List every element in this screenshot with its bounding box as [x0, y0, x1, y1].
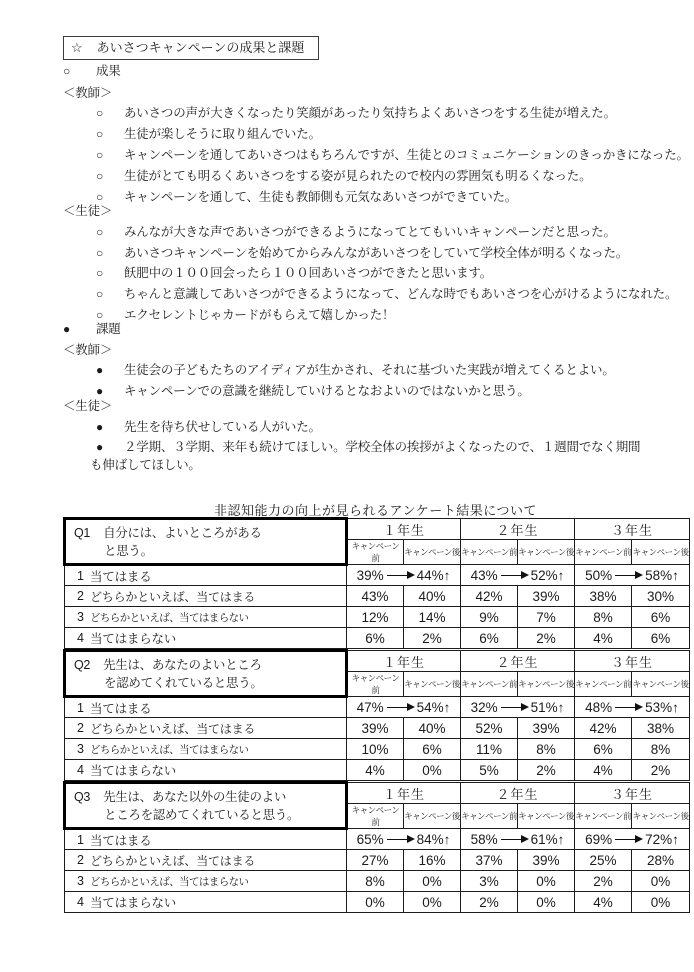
filled-circle-icon: ● — [96, 361, 124, 379]
value-cell: 39% — [518, 850, 575, 871]
right-arrow-icon — [615, 703, 643, 711]
value-cell: 4% — [575, 628, 632, 649]
bullet-text: 先生を待ち伏せしている人がいた。 — [124, 418, 321, 436]
bullet-item: ○ 飫肥中の１００回会ったら１００回あいさつができたと思います。 — [96, 264, 492, 282]
value-pair-cell: 32%51%↑ — [461, 697, 575, 718]
right-arrow-icon — [387, 703, 415, 711]
value-pair-cell: 69%72%↑ — [575, 829, 690, 850]
survey-table-q1: Q1自分には、よいところがある と思う。 １年生 ２年生 ３年生 キャンペーン前… — [63, 517, 690, 649]
question-text-line2: ところを認めてくれていると思う。 — [74, 806, 341, 824]
post-header-cell: キャンペーン後 — [632, 804, 690, 829]
value-cell: 0% — [404, 892, 461, 913]
value-cell: 2% — [404, 628, 461, 649]
section-heading-label: 成果 — [96, 62, 121, 80]
answer-label-cell: 1当てはまる — [65, 829, 347, 850]
bullet-text: みんなが大きな声であいさつができるようになってとてもいいキャンペーンだと思った。 — [124, 223, 616, 241]
pre-header-cell: キャンペーン前 — [347, 540, 404, 565]
answer-label-cell: 3どちらかといえば、当てはまらない — [65, 871, 347, 892]
open-circle-icon: ○ — [96, 104, 124, 122]
open-circle-icon: ○ — [96, 146, 124, 164]
open-circle-icon: ○ — [96, 125, 124, 143]
grade-header-cell: ３年生 — [575, 519, 690, 540]
bullet-text: 生徒がとても明るくあいさつをする姿が見られたので校内の雰囲気も明るくなった。 — [124, 167, 591, 185]
bullet-item: ○ 生徒がとても明るくあいさつをする姿が見られたので校内の雰囲気も明るくなった。 — [96, 167, 591, 185]
post-header-cell: キャンペーン後 — [518, 804, 575, 829]
bullet-item: ○ エクセレントじゃカードがもらえて嬉しかった！ — [96, 306, 394, 324]
value-cell: 0% — [632, 871, 690, 892]
post-header-cell: キャンペーン後 — [404, 540, 461, 565]
bullet-text: あいさつキャンペーンを始めてからみんながあいさつをしていて学校全体が明るくなった… — [124, 244, 628, 262]
question-id: Q3 — [74, 788, 90, 806]
value-cell: 8% — [518, 739, 575, 760]
open-circle-icon: ○ — [63, 62, 96, 80]
value-cell: 8% — [632, 739, 690, 760]
value-cell: 6% — [347, 628, 404, 649]
pre-header-cell: キャンペーン前 — [575, 672, 632, 697]
value-cell: 2% — [518, 628, 575, 649]
value-cell: 4% — [575, 760, 632, 781]
value-cell: 14% — [404, 607, 461, 628]
grade-header-cell: ３年生 — [575, 651, 690, 672]
open-circle-icon: ○ — [96, 264, 124, 282]
value-cell: 2% — [518, 760, 575, 781]
value-cell: 5% — [461, 760, 518, 781]
value-cell: 27% — [347, 850, 404, 871]
value-cell: 28% — [632, 850, 690, 871]
value-cell: 6% — [404, 739, 461, 760]
right-arrow-icon — [501, 835, 529, 843]
value-cell: 16% — [404, 850, 461, 871]
pre-value: 39% — [357, 568, 384, 583]
page-title: あいさつキャンペーンの成果と課題 — [97, 40, 305, 56]
value-cell: 4% — [575, 892, 632, 913]
post-value: 58%↑ — [645, 568, 679, 583]
value-cell: 39% — [518, 718, 575, 739]
question-cell: Q1自分には、よいところがある と思う。 — [65, 519, 347, 565]
value-cell: 52% — [461, 718, 518, 739]
post-value: 51%↑ — [531, 700, 565, 715]
survey-table-q3: Q3先生は、あなた以外の生徒のよい ところを認めてくれていると思う。 １年生 ２… — [63, 781, 690, 913]
right-arrow-icon — [501, 703, 529, 711]
value-cell: 37% — [461, 850, 518, 871]
bullet-text: キャンペーンでの意識を継続していけるとなおよいのではないかと思う。 — [124, 382, 530, 400]
value-cell: 3% — [461, 871, 518, 892]
value-pair-cell: 47%54%↑ — [347, 697, 461, 718]
star-icon: ☆ — [71, 40, 83, 56]
value-cell: 0% — [518, 871, 575, 892]
pre-value: 48% — [585, 700, 612, 715]
value-pair-cell: 43%52%↑ — [461, 565, 575, 586]
pre-value: 47% — [357, 700, 384, 715]
value-cell: 2% — [461, 892, 518, 913]
grade-header-cell: ３年生 — [575, 783, 690, 804]
value-cell: 42% — [575, 718, 632, 739]
value-cell: 39% — [518, 586, 575, 607]
value-cell: 38% — [575, 586, 632, 607]
post-header-cell: キャンペーン後 — [632, 672, 690, 697]
value-cell: 6% — [575, 739, 632, 760]
value-cell: 40% — [404, 718, 461, 739]
survey-table-q2: Q2先生は、あなたのよいところ を認めてくれていると思う。 １年生 ２年生 ３年… — [63, 649, 690, 781]
pre-header-cell: キャンペーン前 — [461, 672, 518, 697]
answer-label-cell: 3どちらかといえば、当てはまらない — [65, 607, 347, 628]
value-cell: 12% — [347, 607, 404, 628]
bullet-item: ● キャンペーンでの意識を継続していけるとなおよいのではないかと思う。 — [96, 382, 530, 400]
question-text-line2: を認めてくれていると思う。 — [74, 674, 341, 692]
section-heading-label: 課題 — [96, 320, 121, 338]
value-cell: 6% — [461, 628, 518, 649]
pre-value: 43% — [471, 568, 498, 583]
page-title-box: ☆ あいさつキャンペーンの成果と課題 — [63, 36, 319, 60]
answer-label-cell: 1当てはまる — [65, 697, 347, 718]
pre-header-cell: キャンペーン前 — [347, 804, 404, 829]
section-heading-seika: ○ 成果 — [63, 62, 121, 80]
grade-header-cell: ２年生 — [461, 651, 575, 672]
bullet-text: ２学期、３学期、来年も続けてほしい。学校全体の挨拶がよくなったので、１週間でなく… — [124, 438, 640, 456]
filled-circle-icon: ● — [96, 418, 124, 436]
grade-header-cell: １年生 — [347, 651, 461, 672]
value-cell: 0% — [404, 871, 461, 892]
group-label-teacher: ＜教師＞ — [63, 84, 112, 102]
pre-value: 32% — [471, 700, 498, 715]
bullet-text: 生徒会の子どもたちのアイディアが生かされ、それに基づいた実践が増えてくるとよい。 — [124, 361, 615, 379]
post-header-cell: キャンペーン後 — [404, 804, 461, 829]
value-pair-cell: 48%53%↑ — [575, 697, 690, 718]
pre-header-cell: キャンペーン前 — [347, 672, 404, 697]
survey-tables: Q1自分には、よいところがある と思う。 １年生 ２年生 ３年生 キャンペーン前… — [63, 517, 688, 913]
value-cell: 8% — [347, 871, 404, 892]
answer-label-cell: 1当てはまる — [65, 565, 347, 586]
open-circle-icon: ○ — [96, 223, 124, 241]
bullet-item: ○ あいさつキャンペーンを始めてからみんながあいさつをしていて学校全体が明るくな… — [96, 244, 628, 262]
value-cell: 10% — [347, 739, 404, 760]
value-pair-cell: 39%44%↑ — [347, 565, 461, 586]
document-page: ☆ あいさつキャンペーンの成果と課題 ○ 成果 ＜教師＞ ○ あいさつの声が大き… — [0, 0, 694, 972]
section-heading-kadai: ● 課題 — [63, 320, 121, 338]
question-cell: Q3先生は、あなた以外の生徒のよい ところを認めてくれていると思う。 — [65, 783, 347, 829]
answer-label-cell: 4当てはまらない — [65, 760, 347, 781]
value-cell: 0% — [404, 760, 461, 781]
bullet-text: 生徒が楽しそうに取り組んでいた。 — [124, 125, 321, 143]
post-value: 61%↑ — [531, 832, 565, 847]
bullet-item: ○ キャンペーンを通して、生徒も教師側も元気なあいさつができていた。 — [96, 188, 517, 206]
open-circle-icon: ○ — [96, 244, 124, 262]
question-text-line1: 自分には、よいところがある — [103, 524, 262, 542]
value-cell: 43% — [347, 586, 404, 607]
post-value: 72%↑ — [645, 832, 679, 847]
grade-header-cell: １年生 — [347, 519, 461, 540]
value-cell: 25% — [575, 850, 632, 871]
bullet-text: キャンペーンを通してあいさつはもちろんですが、生徒とのコミュニケーションのきっか… — [124, 146, 689, 164]
grade-header-cell: ２年生 — [461, 519, 575, 540]
question-text-line1: 先生は、あなた以外の生徒のよい — [103, 788, 286, 806]
bullet-text: ちゃんと意識してあいさつができるようになって、どんな時でもあいさつを心がけるよう… — [124, 285, 677, 303]
pre-header-cell: キャンペーン前 — [461, 540, 518, 565]
post-value: 52%↑ — [531, 568, 565, 583]
bullet-text: あいさつの声が大きくなったり笑顔があったり気持ちよくあいさつをする生徒が増えた。 — [124, 104, 616, 122]
pre-value: 58% — [471, 832, 498, 847]
value-cell: 4% — [347, 760, 404, 781]
group-label-student: ＜生徒＞ — [63, 397, 112, 415]
answer-label-cell: 2どちらかといえば、当てはまる — [65, 718, 347, 739]
bullet-item: ○ ちゃんと意識してあいさつができるようになって、どんな時でもあいさつを心がける… — [96, 285, 677, 303]
value-pair-cell: 65%84%↑ — [347, 829, 461, 850]
open-circle-icon: ○ — [96, 167, 124, 185]
value-cell: 2% — [632, 760, 690, 781]
post-header-cell: キャンペーン後 — [404, 672, 461, 697]
answer-label-cell: 4当てはまらない — [65, 628, 347, 649]
pre-header-cell: キャンペーン前 — [575, 804, 632, 829]
open-circle-icon: ○ — [96, 285, 124, 303]
value-cell: 6% — [632, 628, 690, 649]
post-value: 54%↑ — [417, 700, 451, 715]
group-label-teacher: ＜教師＞ — [63, 341, 112, 359]
grade-header-cell: １年生 — [347, 783, 461, 804]
pre-value: 65% — [357, 832, 384, 847]
right-arrow-icon — [615, 835, 643, 843]
post-header-cell: キャンペーン後 — [518, 672, 575, 697]
value-cell: 6% — [632, 607, 690, 628]
bullet-item: ● ２学期、３学期、来年も続けてほしい。学校全体の挨拶がよくなったので、１週間で… — [96, 438, 640, 456]
bullet-item: ○ あいさつの声が大きくなったり笑顔があったり気持ちよくあいさつをする生徒が増え… — [96, 104, 616, 122]
pre-header-cell: キャンペーン前 — [575, 540, 632, 565]
value-cell: 2% — [575, 871, 632, 892]
value-cell: 7% — [518, 607, 575, 628]
bullet-item: ○ みんなが大きな声であいさつができるようになってとてもいいキャンペーンだと思っ… — [96, 223, 616, 241]
right-arrow-icon — [501, 571, 529, 579]
value-cell: 8% — [575, 607, 632, 628]
question-text-line2: と思う。 — [74, 542, 341, 560]
bullet-item: ● 先生を待ち伏せしている人がいた。 — [96, 418, 321, 436]
value-pair-cell: 58%61%↑ — [461, 829, 575, 850]
value-cell: 38% — [632, 718, 690, 739]
pre-value: 69% — [585, 832, 612, 847]
value-cell: 0% — [518, 892, 575, 913]
value-cell: 0% — [347, 892, 404, 913]
filled-circle-icon: ● — [96, 438, 124, 456]
answer-label-cell: 2どちらかといえば、当てはまる — [65, 850, 347, 871]
question-id: Q1 — [74, 524, 90, 542]
bullet-item: ○ キャンペーンを通してあいさつはもちろんですが、生徒とのコミュニケーションのき… — [96, 146, 689, 164]
value-cell: 11% — [461, 739, 518, 760]
bullet-item: ○ 生徒が楽しそうに取り組んでいた。 — [96, 125, 321, 143]
filled-circle-icon: ● — [63, 320, 96, 338]
value-pair-cell: 50%58%↑ — [575, 565, 690, 586]
question-cell: Q2先生は、あなたのよいところ を認めてくれていると思う。 — [65, 651, 347, 697]
question-id: Q2 — [74, 656, 90, 674]
value-cell: 9% — [461, 607, 518, 628]
post-value: 44%↑ — [417, 568, 451, 583]
value-cell: 39% — [347, 718, 404, 739]
bullet-item: ● 生徒会の子どもたちのアイディアが生かされ、それに基づいた実践が増えてくるとよ… — [96, 361, 615, 379]
right-arrow-icon — [615, 571, 643, 579]
group-label-student: ＜生徒＞ — [63, 202, 112, 220]
right-arrow-icon — [387, 571, 415, 579]
bullet-text: 飫肥中の１００回会ったら１００回あいさつができたと思います。 — [124, 264, 492, 282]
pre-header-cell: キャンペーン前 — [461, 804, 518, 829]
pre-value: 50% — [585, 568, 612, 583]
answer-label-cell: 2どちらかといえば、当てはまる — [65, 586, 347, 607]
question-text-line1: 先生は、あなたのよいところ — [103, 656, 262, 674]
answer-label-cell: 3どちらかといえば、当てはまらない — [65, 739, 347, 760]
bullet-text: エクセレントじゃカードがもらえて嬉しかった！ — [124, 306, 394, 324]
post-header-cell: キャンペーン後 — [632, 540, 690, 565]
post-header-cell: キャンペーン後 — [518, 540, 575, 565]
post-value: 84%↑ — [417, 832, 451, 847]
right-arrow-icon — [387, 835, 415, 843]
answer-label-cell: 4当てはまらない — [65, 892, 347, 913]
grade-header-cell: ２年生 — [461, 783, 575, 804]
value-cell: 0% — [632, 892, 690, 913]
value-cell: 30% — [632, 586, 690, 607]
bullet-text: キャンペーンを通して、生徒も教師側も元気なあいさつができていた。 — [124, 188, 517, 206]
value-cell: 42% — [461, 586, 518, 607]
value-cell: 40% — [404, 586, 461, 607]
post-value: 53%↑ — [645, 700, 679, 715]
bullet-text-continuation: も伸ばしてほしい。 — [90, 456, 201, 474]
